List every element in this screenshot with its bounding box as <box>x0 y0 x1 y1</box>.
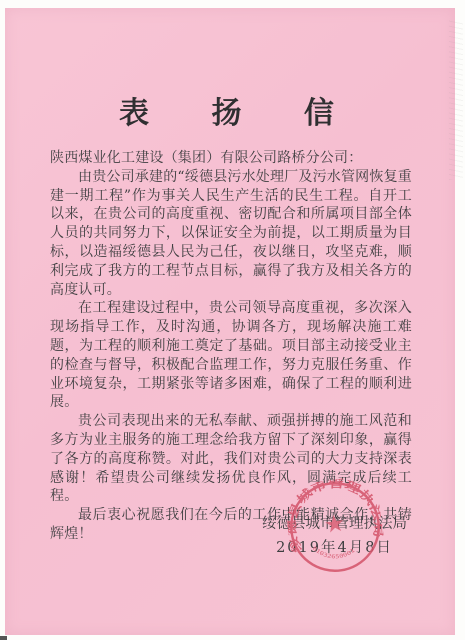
letter-paragraphs: 由贵公司承建的“绥德县污水处理厂及污水管网恢复重建一期工程”作为事关人民生产生活… <box>50 168 412 544</box>
body-paragraph: 在工程建设过程中，贵公司领导高度重视，多次深入现场指导工作，及时沟通，协调各方，… <box>50 299 412 412</box>
signature-organization: 绥德县城市管理执法局 <box>262 512 407 536</box>
signature-date: 2019年4月8日 <box>262 536 407 560</box>
body-paragraph: 由贵公司承建的“绥德县污水处理厂及污水管网恢复重建一期工程”作为事关人民生产生活… <box>50 168 412 300</box>
letter-body: 陕西煤业化工建设（集团）有限公司路桥分公司： 由贵公司承建的“绥德县污水处理厂及… <box>50 149 412 544</box>
scanned-letter: 表 扬 信 陕西煤业化工建设（集团）有限公司路桥分公司： 由贵公司承建的“绥德县… <box>0 0 465 640</box>
scan-edge-mark <box>0 636 7 640</box>
letter-title: 表 扬 信 <box>0 88 465 132</box>
body-paragraph: 贵公司表现出来的无私奉献、顽强拼搏的施工风范和多方为业主服务的施工理念给我方留下… <box>50 412 412 506</box>
signature-block: 绥德县城市管理执法局 2019年4月8日 <box>262 512 407 560</box>
letter-salutation: 陕西煤业化工建设（集团）有限公司路桥分公司： <box>50 149 412 168</box>
